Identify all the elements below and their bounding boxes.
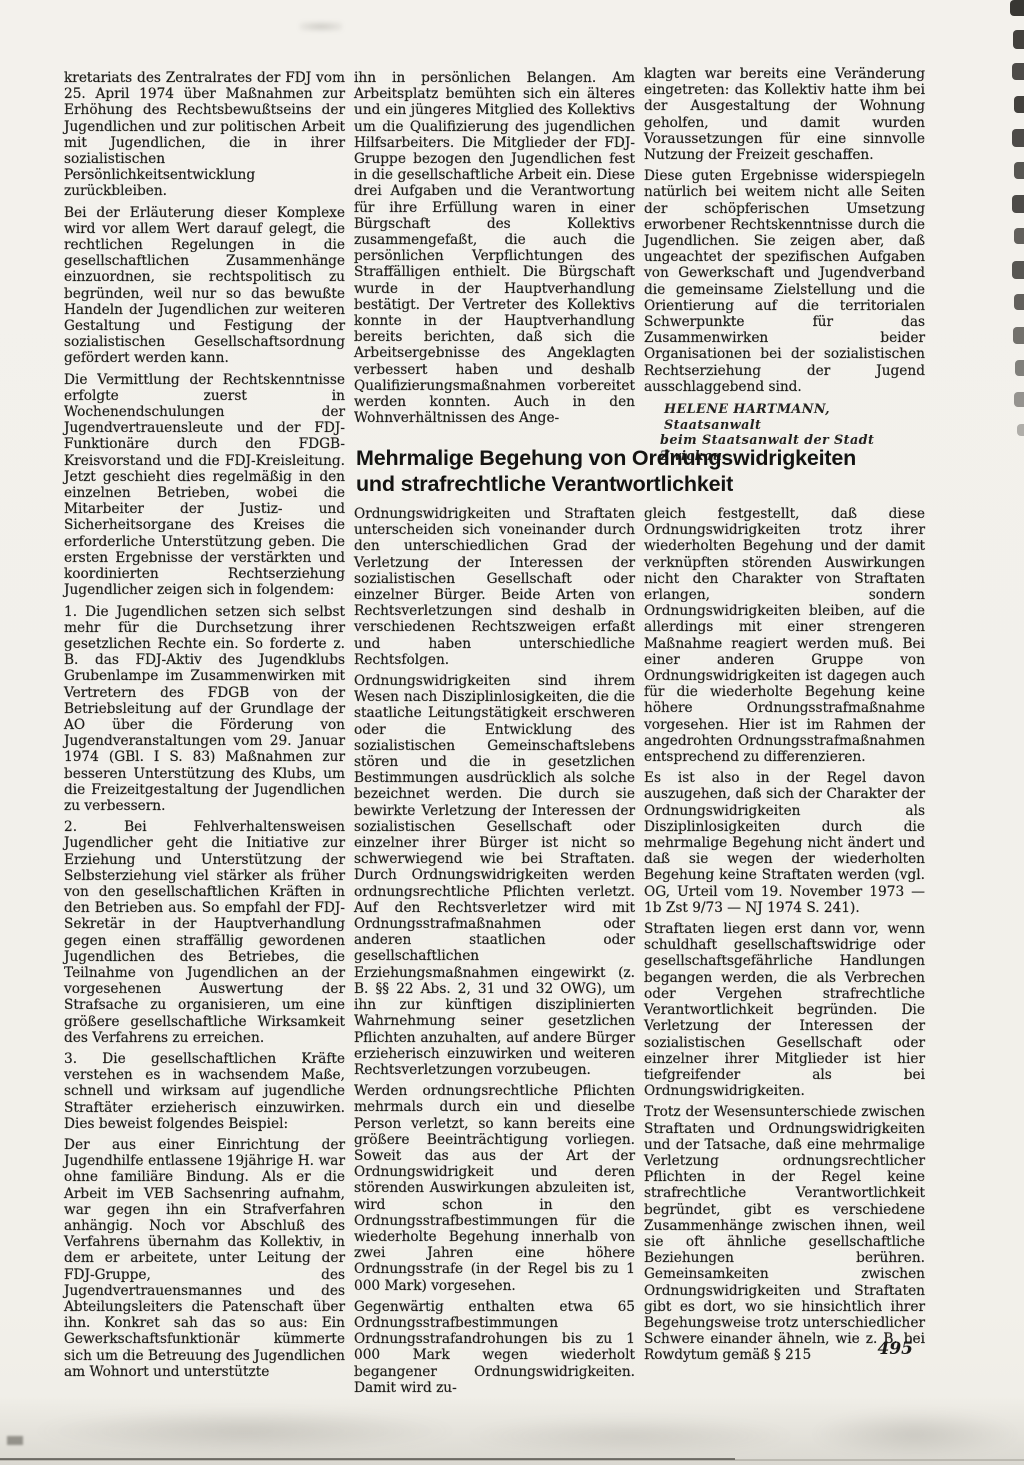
scan-noise-blob [460,1416,800,1456]
scan-edge-mark [1014,392,1024,407]
scan-edge-mark [1012,63,1024,80]
article1-column3: klagten war bereits eine Veränderung ein… [644,66,925,464]
scan-edge-mark [1014,96,1024,113]
article1-column2: ihn in persönlichen Belangen. Am Arbeits… [354,70,635,431]
scan-edge-mark [1015,360,1024,376]
paragraph: Bei der Erläuterung dieser Komplexe wird… [64,205,345,367]
page-number: 495 [855,1339,913,1359]
paragraph: Ordnungswidrigkeiten und Straftaten unte… [354,506,635,668]
author-name: HELENE HARTMANN, Staatsanwalt [664,402,925,433]
paragraph: klagten war bereits eine Veränderung ein… [644,66,925,163]
paragraph: 2. Bei Fehlverhaltensweisen Jugendlicher… [64,819,345,1046]
paragraph: gleich festgestellt, daß diese Ordnungsw… [644,506,925,765]
scan-edge-mark [1017,424,1024,436]
journal-page: kretariats des Zentralrates der FDJ vom … [0,0,1024,1465]
article1-column1: kretariats des Zentralrates der FDJ vom … [64,70,345,1385]
article2-column2: gleich festgestellt, daß diese Ordnungsw… [644,506,925,1369]
article2-column1: Ordnungswidrigkeiten und Straftaten unte… [354,506,635,1401]
scan-edge-mark [1014,162,1024,179]
scan-edge-mark [1012,195,1024,213]
scan-speck [7,1436,23,1445]
article2-title-line2: und strafrechtliche Verantwortlichkeit [356,472,733,496]
article1-column3-text: klagten war bereits eine Veränderung ein… [644,66,925,395]
scan-bottom-line [0,1458,735,1460]
paragraph: Trotz der Wesensunterschiede zwischen St… [644,1104,925,1363]
scan-edge-mark [1013,327,1024,344]
scan-edge-mark [1010,0,1024,16]
scan-noise-blob [810,1410,1020,1458]
paragraph: Diese guten Ergebnisse widerspiegeln nat… [644,168,925,395]
article2-title-line1: Mehrmalige Begehung von Ordnungswidrigke… [356,446,856,470]
scan-edge-mark [1012,129,1024,147]
paragraph: 3. Die gesellschaftlichen Kräfte versteh… [64,1051,345,1132]
paragraph: kretariats des Zentralrates der FDJ vom … [64,70,345,200]
article2-title: Mehrmalige Begehung von Ordnungswidrigke… [356,446,956,497]
paragraph: Gegenwärtig enthalten etwa 65 Ordnungsst… [354,1299,635,1396]
scan-edge-mark [1014,294,1024,310]
paragraph: Straftaten liegen erst dann vor, wenn sc… [644,921,925,1099]
scan-smudge [300,22,342,31]
scan-noise-blob [30,1408,460,1454]
paragraph: 1. Die Jugendlichen setzen sich selbst m… [64,604,345,815]
paragraph: Es ist also in der Regel davon auszugehe… [644,770,925,916]
scan-edge-mark [1014,228,1024,244]
paragraph: ihn in persönlichen Belangen. Am Arbeits… [354,70,635,426]
scan-edge-mark [1012,261,1024,279]
paragraph: Ordnungswidrigkeiten sind ihrem Wesen na… [354,673,635,1078]
paragraph: Der aus einer Einrichtung der Jugendhilf… [64,1137,345,1380]
paragraph: Die Vermittlung der Rechtskenntnisse erf… [64,372,345,599]
scan-edge-mark [1013,30,1024,49]
paragraph: Werden ordnungsrechtliche Pflichten mehr… [354,1083,635,1294]
